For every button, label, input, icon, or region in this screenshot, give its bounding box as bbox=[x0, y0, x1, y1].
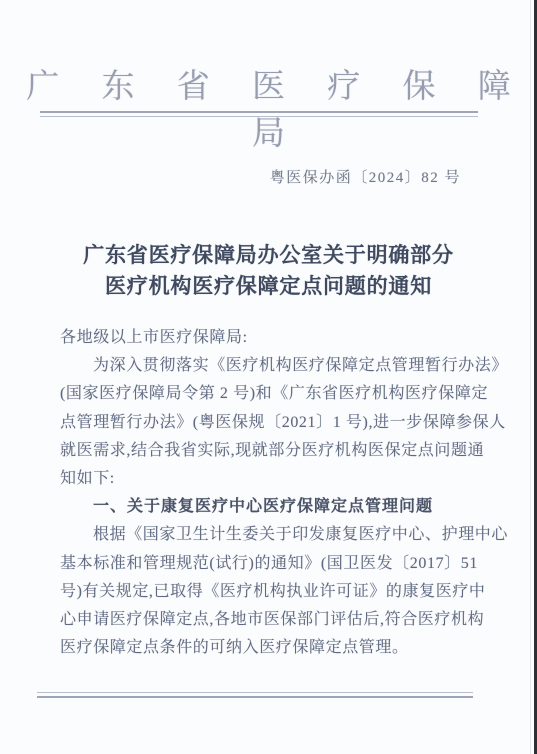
document-page: 广 东 省 医 疗 保 障 局 粤医保办函〔2024〕82 号 广东省医疗保障局… bbox=[0, 0, 537, 754]
body-line: 知如下: bbox=[60, 465, 484, 493]
document-body: 各地级以上市医疗保障局: 为深入贯彻落实《医疗机构医疗保障定点管理暂行办法》 (… bbox=[60, 324, 484, 662]
body-line: 就医需求,结合我省实际,现就部分医疗机构医保定点问题通 bbox=[60, 437, 484, 465]
body-line: 基本标准和管理规范(试行)的通知》(国卫医发〔2017〕51 bbox=[60, 550, 484, 578]
body-line: (国家医疗保障局令第 2 号)和《广东省医疗机构医疗保障定 bbox=[60, 380, 484, 408]
body-line: 心申请医疗保障定点,各地市医保部门评估后,符合医疗机构 bbox=[60, 606, 484, 634]
document-title-line1: 广东省医疗保障局办公室关于明确部分 bbox=[0, 240, 537, 271]
body-line: 点管理暂行办法》(粤医保规〔2021〕1 号),进一步保障参保人 bbox=[60, 409, 484, 437]
footer-divider bbox=[37, 692, 473, 698]
body-line: 医疗保障定点条件的可纳入医疗保障定点管理。 bbox=[60, 634, 484, 662]
salutation: 各地级以上市医疗保障局: bbox=[60, 324, 484, 352]
scan-artifact-line bbox=[530, 0, 531, 754]
document-number: 粤医保办函〔2024〕82 号 bbox=[270, 166, 461, 187]
body-line: 为深入贯彻落实《医疗机构医疗保障定点管理暂行办法》 bbox=[60, 352, 484, 380]
body-line: 号)有关规定,已取得《医疗机构执业许可证》的康复医疗中 bbox=[60, 578, 484, 606]
letterhead-divider bbox=[40, 111, 478, 117]
letterhead-org-name: 广 东 省 医 疗 保 障 局 bbox=[0, 60, 537, 154]
document-title-line2: 医疗机构医疗保障定点问题的通知 bbox=[0, 271, 537, 302]
document-title: 广东省医疗保障局办公室关于明确部分 医疗机构医疗保障定点问题的通知 bbox=[0, 240, 537, 302]
body-line: 根据《国家卫生计生委关于印发康复医疗中心、护理中心 bbox=[60, 521, 484, 549]
section-heading: 一、关于康复医疗中心医疗保障定点管理问题 bbox=[60, 493, 484, 521]
